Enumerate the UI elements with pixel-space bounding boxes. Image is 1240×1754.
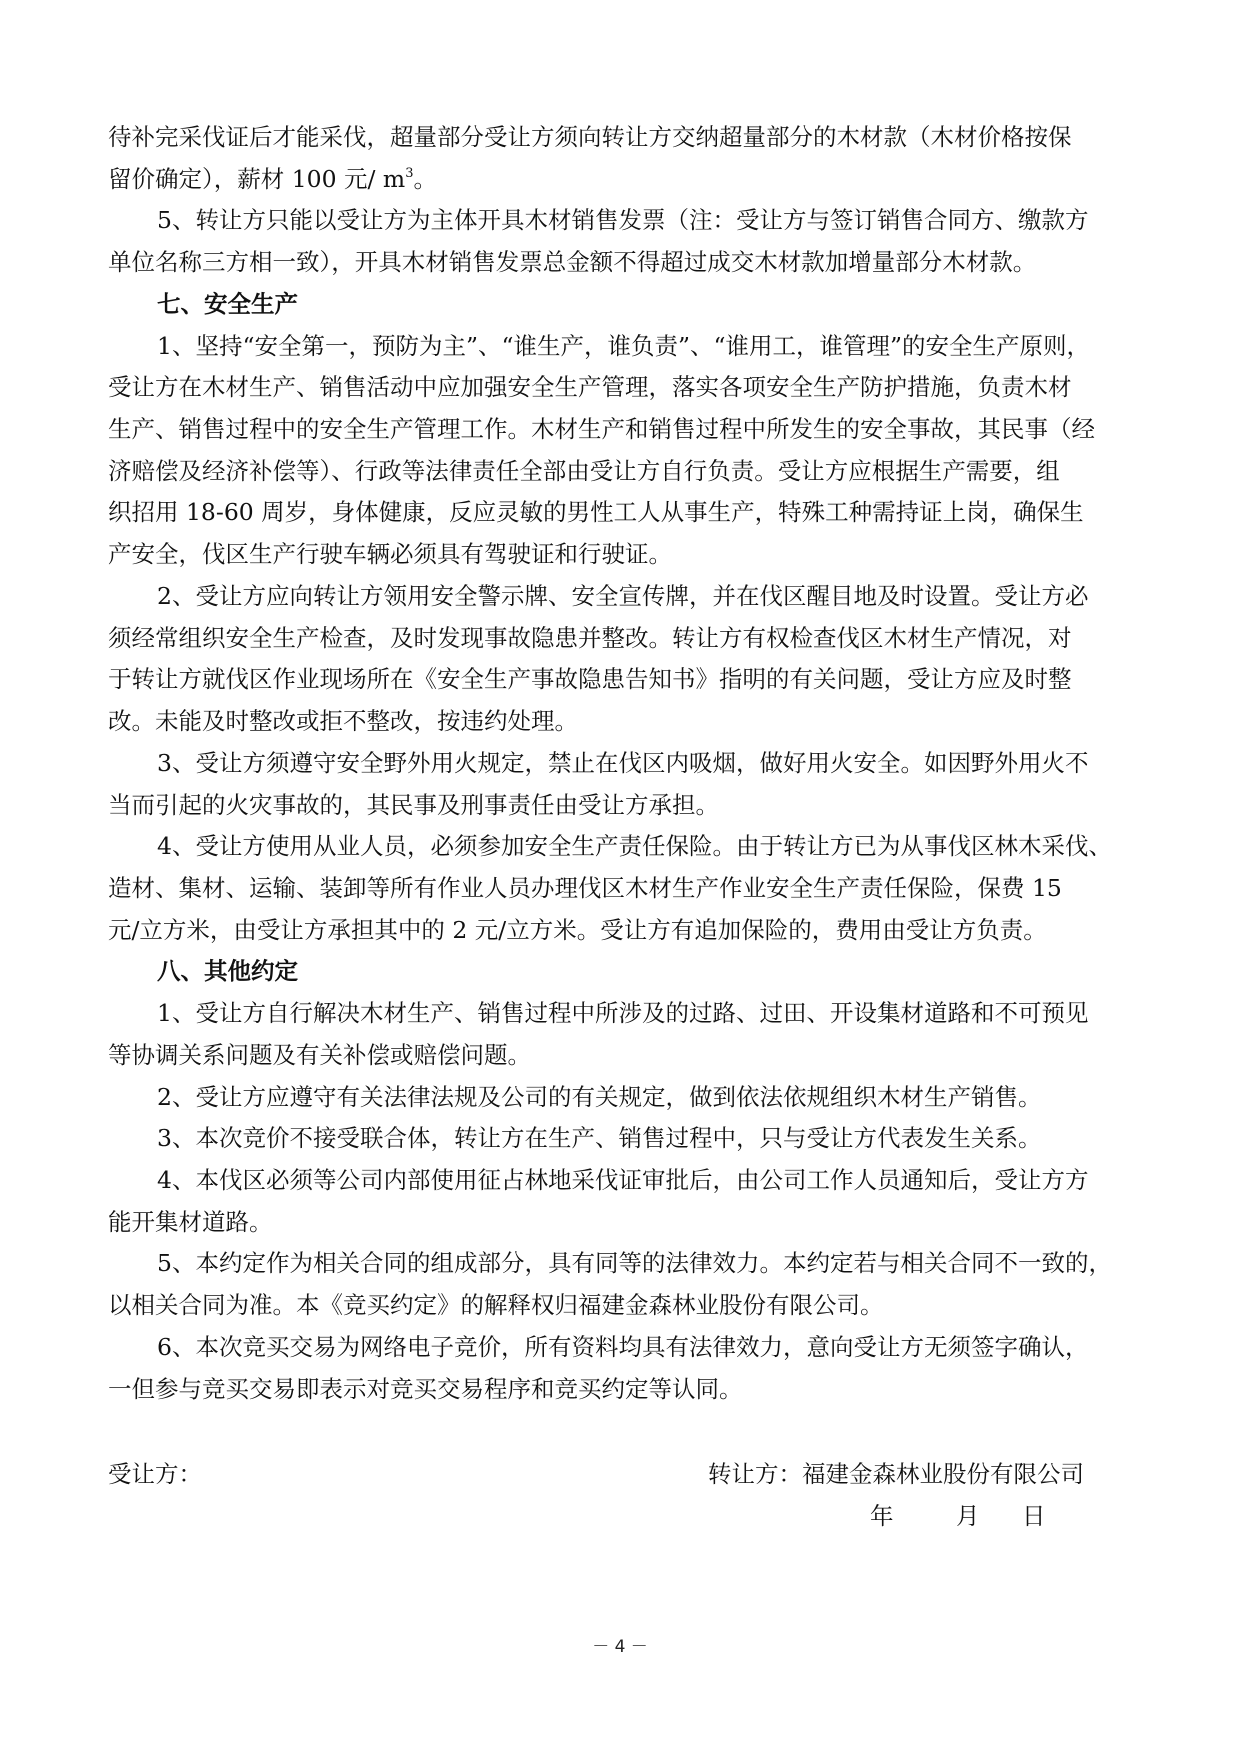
date-month-label: 月 <box>956 1497 980 1531</box>
paragraph-line: 待补完采伐证后才能采伐，超量部分受让方须向转让方交纳超量部分的木材款（木材价格按… <box>108 117 1138 159</box>
transferor-signature-label: 转让方：福建金森林业股份有限公司 <box>708 1455 1084 1489</box>
paragraph-line: 生产、销售过程中的安全生产管理工作。木材生产和销售过程中所发生的安全事故，其民事… <box>108 409 1138 451</box>
paragraph-line: 等协调关系问题及有关补偿或赔偿问题。 <box>108 1035 1138 1077</box>
line-text-suffix: 。 <box>414 165 438 193</box>
document-body: 待补完采伐证后才能采伐，超量部分受让方须向转让方交纳超量部分的木材款（木材价格按… <box>108 117 1138 1410</box>
paragraph-line: 受让方在木材生产、销售活动中应加强安全生产管理，落实各项安全生产防护措施，负责木… <box>108 367 1138 409</box>
paragraph-line: 1、受让方自行解决木材生产、销售过程中所涉及的过路、过田、开设集材道路和不可预见 <box>108 993 1138 1035</box>
paragraph-line: 3、受让方须遵守安全野外用火规定，禁止在伐区内吸烟，做好用火安全。如因野外用火不 <box>108 743 1138 785</box>
paragraph-line: 3、本次竞价不接受联合体，转让方在生产、销售过程中，只与受让方代表发生关系。 <box>108 1118 1138 1160</box>
paragraph-line: 2、受让方应遵守有关法律法规及公司的有关规定，做到依法依规组织木材生产销售。 <box>108 1077 1138 1119</box>
superscript: 3 <box>405 166 413 181</box>
date-day-label: 日 <box>1022 1497 1046 1531</box>
paragraph-line: 留价确定），薪材 100 元/ m3。 <box>108 159 1138 201</box>
paragraph-line: 1、坚持“安全第一，预防为主”、“谁生产，谁负责”、“谁用工，谁管理”的安全生产… <box>108 326 1138 368</box>
paragraph-line: 于转让方就伐区作业现场所在《安全生产事故隐患告知书》指明的有关问题，受让方应及时… <box>108 659 1138 701</box>
paragraph-line: 单位名称三方相一致），开具木材销售发票总金额不得超过成交木材款加增量部分木材款。 <box>108 242 1138 284</box>
paragraph-line: 产安全，伐区生产行驶车辆必须具有驾驶证和行驶证。 <box>108 534 1138 576</box>
paragraph-line: 元/立方米，由受让方承担其中的 2 元/立方米。受让方有追加保险的，费用由受让方… <box>108 910 1138 952</box>
section-heading: 八、其他约定 <box>108 951 1138 993</box>
document-page: 待补完采伐证后才能采伐，超量部分受让方须向转让方交纳超量部分的木材款（木材价格按… <box>0 0 1240 1754</box>
paragraph-line: 造材、集材、运输、装卸等所有作业人员办理伐区木材生产作业安全生产责任保险，保费 … <box>108 868 1138 910</box>
paragraph-line: 2、受让方应向转让方领用安全警示牌、安全宣传牌，并在伐区醒目地及时设置。受让方必 <box>108 576 1138 618</box>
paragraph-line: 5、本约定作为相关合同的组成部分，具有同等的法律效力。本约定若与相关合同不一致的… <box>108 1243 1138 1285</box>
page-number: － 4 － <box>0 1632 1240 1657</box>
section-heading: 七、安全生产 <box>108 284 1138 326</box>
transferee-signature-label: 受让方： <box>108 1455 202 1489</box>
paragraph-line: 以相关合同为准。本《竞买约定》的解释权归福建金森林业股份有限公司。 <box>108 1285 1138 1327</box>
paragraph-line: 4、本伐区必须等公司内部使用征占林地采伐证审批后，由公司工作人员通知后，受让方方 <box>108 1160 1138 1202</box>
paragraph-line: 织招用 18-60 周岁，身体健康，反应灵敏的男性工人从事生产，特殊工种需持证上… <box>108 492 1138 534</box>
date-year-label: 年 <box>870 1497 894 1531</box>
paragraph-line: 当而引起的火灾事故的，其民事及刑事责任由受让方承担。 <box>108 785 1138 827</box>
paragraph-line: 6、本次竞买交易为网络电子竞价，所有资料均具有法律效力，意向受让方无须签字确认， <box>108 1327 1138 1369</box>
paragraph-line: 4、受让方使用从业人员，必须参加安全生产责任保险。由于转让方已为从事伐区林木采伐… <box>108 826 1138 868</box>
paragraph-line: 能开集材道路。 <box>108 1202 1138 1244</box>
paragraph-line: 5、转让方只能以受让方为主体开具木材销售发票（注：受让方与签订销售合同方、缴款方 <box>108 200 1138 242</box>
paragraph-line: 改。未能及时整改或拒不整改，按违约处理。 <box>108 701 1138 743</box>
paragraph-line: 一但参与竞买交易即表示对竞买交易程序和竞买约定等认同。 <box>108 1369 1138 1411</box>
paragraph-line: 济赔偿及经济补偿等）、行政等法律责任全部由受让方自行负责。受让方应根据生产需要，… <box>108 451 1138 493</box>
line-text: 留价确定），薪材 100 元/ m <box>108 165 405 193</box>
paragraph-line: 须经常组织安全生产检查，及时发现事故隐患并整改。转让方有权检查伐区木材生产情况，… <box>108 618 1138 660</box>
